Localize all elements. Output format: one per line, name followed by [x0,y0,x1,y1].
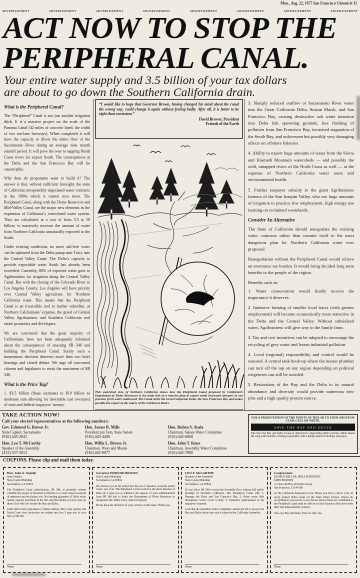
coupon-address-line: Sacramento, CA 95814 [7,482,86,486]
birds-icon [133,145,215,162]
coupon-body-paragraph: I ask that the Assembly Water Committee … [185,508,264,515]
left-heading-price: What is the Price Tag? [4,381,90,388]
coupon-address-line: Sacramento, CA 95814 [96,479,175,483]
benefit-item: 2. Intensive farming of smaller local tr… [248,305,354,332]
contact-phone: (916) 445-7890 [168,450,246,455]
contact-entry: Hon. John T. Knox Chairman, Assembly Wat… [168,441,246,455]
coupons-heading: COUPONS. Please clip and mail them today… [3,458,360,463]
quote-box: “I would like to hope that Governor Brow… [95,99,243,139]
left-paragraph: Under existing conditions, no more salt-… [4,244,90,327]
contact-entry: Hon. Leo T. McCarthy Speaker of the Asse… [2,441,80,455]
take-action-heading: TAKE ACTION NOW! [2,412,246,418]
price-item: 1. $3.5 billion (State estimate) to $10 … [4,390,90,408]
contact-entry: Gov. Edmund G. Brown Jr. State Capitol, … [2,425,80,439]
subheadline-line2: are about to go down the Southern Califo… [4,87,358,99]
left-paragraph: The “Peripheral” Canal is not just anoth… [4,113,90,172]
subheadline: Your entire water supply and 3.5 billion… [4,75,358,98]
right-heading-alternative: Consider An Alternative [248,217,354,224]
take-action-subheading: Call your elected representatives at the… [2,419,246,424]
sponsor-banner: SAVE THE BAY AND DELTA [251,424,355,431]
benefits-intro: Benefits such as: [248,280,354,287]
sponsor-info-box: FOR A PRESENTATION OF THE POINTS OF THIS… [248,414,358,454]
coupon-governor[interactable]: Governor EDMUND BROWN State Capitol Buil… [92,467,179,573]
masthead-date-line: Mon., Aug. 22, 1977 San Francisco Chroni… [167,1,357,6]
take-action-section: TAKE ACTION NOW! Call your elected repre… [0,410,360,456]
benefit-item: 1. Water conservation would finally rece… [248,288,354,301]
middle-column: “I would like to hope that Governor Brow… [93,99,245,410]
contact-phone: (916) 445-6868 [168,434,246,439]
contact-entry: Hon. James R. Mills President pro Tem, S… [85,425,163,439]
canal-effect-item: 3. Sharply reduced outflow of Sacramento… [248,100,354,147]
coupon-address-line: Sacramento, CA 95814 [185,482,264,486]
sponsor-blurb: The Save the Bay and Delta Group is dedi… [251,432,355,439]
quote-text: “I would like to hope that Governor Brow… [99,102,239,116]
coupon-speaker[interactable]: LEO T. McCARTHY Speaker of the Assembly … [181,467,268,573]
coupon-address-line: San Francisco, CA 94108 [274,486,353,490]
address-signature-line[interactable] [96,568,170,573]
benefit-item: 4. Local (regional) responsibility and c… [248,352,354,379]
grass-icon [101,376,197,388]
address-signature-line[interactable] [185,568,259,573]
left-heading-what: What is the Peripheral Canal? [4,104,90,111]
quote-attribution-org: Friends of the Earth [99,122,239,126]
benefit-item: 3. Tax and cost incentives can be adopte… [248,335,354,348]
coupon-state-senator[interactable]: Hon. John A. Nejedly State Senator State… [3,467,90,573]
contact-entry: Hon. Ruben S. Ayala Chairman, Senate Wat… [168,425,246,439]
coupons-section: COUPONS. Please clip and mail them today… [0,456,360,577]
coupon-body-paragraph: Until enforceable guarantees of Delta ou… [7,508,86,518]
illustration-caption-wrap: This watershed view of Northern Californ… [95,390,243,410]
contact-phone: (415) 557-3013 [2,450,80,455]
contact-phone: (916) 445-8077 [85,450,163,455]
headline: ACT NOW TO STOP THE PERIPHERAL CANAL. [3,13,359,73]
coupon-body-paragraph: Do not allow SB 346 to reach the Assembl… [185,488,264,506]
benefit-item: 5. Restoration of the Bay and the Delta … [248,382,354,402]
canal-effect-item: 5. Further taxpayer subsidy to the giant… [248,187,354,214]
canal-effect-item: 4. Ability to export huge amounts of wat… [248,150,354,183]
coupon-body-paragraph: Save our Bay and Delta. There is only on… [274,511,353,515]
coupon-body-paragraph: The Peripheral Canal authorization, SB 3… [7,488,86,506]
headline-line2: PERIPHERAL CANAL. [3,43,359,73]
left-column: What is the Peripheral Canal? The “Perip… [1,99,93,410]
watershed-illustration [95,140,245,390]
contact-phone: (916) 445-4206 [85,434,163,439]
left-paragraph: We are convinced that the great majority… [4,331,90,378]
headline-line1: ACT NOW TO STOP THE [3,13,359,43]
coupon-body-paragraph: Please keep me informed of your actions … [96,504,175,508]
contact-entry: Hon. Willie L. Brown Jr. Chairman, Ways … [85,441,163,455]
ocean-waves-icon [97,221,118,384]
masthead-date-line-wrap: Mon., Aug. 22, 1977 San Francisco Chroni… [167,1,357,8]
right-column: 3. Sharply reduced outflow of Sacramento… [245,99,357,410]
coupon-congressmen[interactable]: Congressmen GEORGE MILLER, PHILLIP BURTO… [270,467,357,573]
coupon-body-paragraph: As the California delegation in the Hous… [274,492,353,510]
contact-phone: (916) 445-2841 [2,434,80,439]
presentation-notice: FOR A PRESENTATION OF THE POINTS OF THIS… [251,416,355,423]
pine-trees-icon [98,158,235,220]
scan-smudge [12,573,46,576]
address-signature-line[interactable] [274,568,348,573]
left-paragraph: Why then do proponents want to build it?… [4,176,90,241]
newspaper-ad-page: Mon., Aug. 22, 1977 San Francisco Chroni… [0,0,360,578]
coupon-body-paragraph: We elected you in the belief that the er… [96,484,175,502]
right-paragraph: Renegotiation without the Peripheral Can… [248,256,354,276]
body-columns: What is the Peripheral Canal? The “Perip… [1,99,359,410]
illustration-caption: This watershed view of Northern Californ… [95,390,243,405]
right-paragraph: The State of California should renegotia… [248,226,354,253]
